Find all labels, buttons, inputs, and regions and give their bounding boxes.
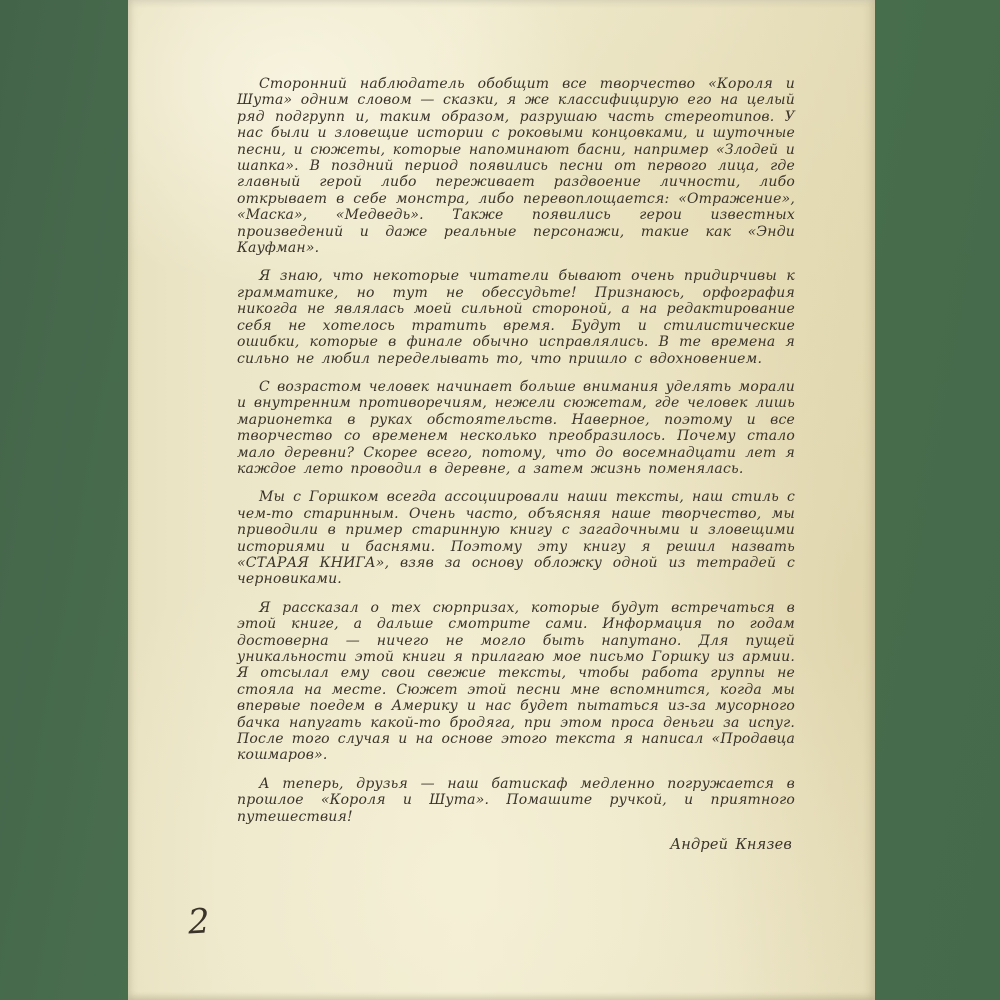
paragraph-surprises-letter: Я рассказал о тех сюрпризах, которые буд… (237, 600, 795, 764)
scan-background: Сторонний наблюдатель обобщит все творче… (0, 0, 1000, 1000)
book-page: Сторонний наблюдатель обобщит все творче… (128, 0, 875, 1000)
paragraph-age-morality: С возрастом человек начинает больше вним… (237, 379, 795, 477)
page-text: Сторонний наблюдатель обобщит все творче… (237, 76, 795, 853)
page-number: 2 (187, 901, 211, 942)
paragraph-farewell: А теперь, друзья — наш батискаф медленно… (237, 776, 795, 825)
paragraph-intro-overview: Сторонний наблюдатель обобщит все творче… (237, 76, 795, 256)
paragraph-grammar-note: Я знаю, что некоторые читатели бывают оч… (237, 268, 795, 366)
author-signature: Андрей Князев (237, 837, 795, 853)
paragraph-old-book-title: Мы с Горшком всегда ассоциировали наши т… (237, 489, 795, 587)
